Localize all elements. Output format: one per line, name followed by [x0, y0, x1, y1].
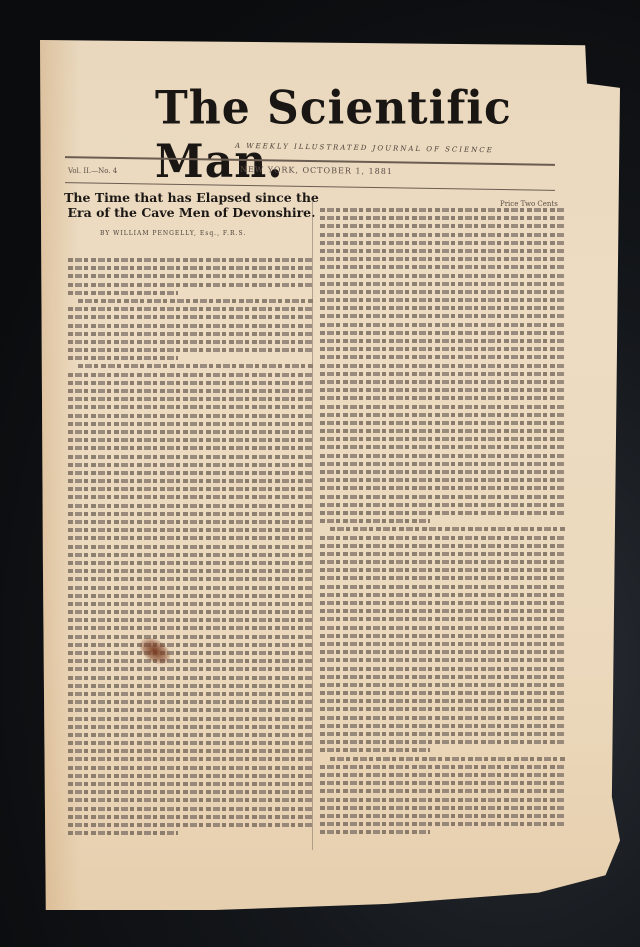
illegible-text-line: [68, 315, 313, 319]
illegible-text-line: [320, 233, 565, 237]
illegible-text-line: [68, 594, 313, 598]
illegible-text-line: [68, 586, 313, 590]
illegible-text-line: [68, 266, 313, 270]
illegible-text-line: [68, 528, 313, 532]
illegible-text-line: [320, 445, 565, 449]
illegible-text-line: [320, 519, 430, 523]
illegible-text-line: [320, 323, 565, 327]
illegible-text-line: [68, 430, 313, 434]
illegible-text-line: [320, 617, 565, 621]
illegible-text-line: [320, 650, 565, 654]
illegible-text-line: [320, 667, 565, 671]
illegible-text-line: [320, 568, 565, 572]
illegible-text-line: [68, 405, 313, 409]
price: Price Two Cents: [500, 200, 558, 208]
illegible-text-line: [68, 749, 313, 753]
illegible-text-line: [320, 241, 565, 245]
illegible-text-line: [68, 831, 178, 835]
illegible-text-line: [320, 732, 565, 736]
illegible-text-line: [320, 642, 565, 646]
illegible-text-line: [320, 707, 565, 711]
illegible-text-line: [68, 283, 313, 287]
illegible-text-line: [68, 659, 313, 663]
illegible-text-line: [68, 684, 313, 688]
volume-number: Vol. II.—No. 4: [68, 167, 117, 175]
illegible-text-line: [320, 806, 565, 810]
illegible-text-line: [320, 388, 565, 392]
article-byline: BY WILLIAM PENGELLY, Esq., F.R.S.: [100, 230, 246, 237]
illegible-text-line: [68, 438, 313, 442]
illegible-text-line: [320, 355, 565, 359]
illegible-text-line: [68, 504, 313, 508]
illegible-text-line: [68, 643, 313, 647]
illegible-text-line: [68, 618, 313, 622]
illegible-text-line: [68, 471, 313, 475]
illegible-text-line: [320, 429, 565, 433]
illegible-text-line: [320, 216, 565, 220]
illegible-text-line: [330, 757, 565, 761]
illegible-text-line: [68, 635, 313, 639]
illegible-text-line: [320, 339, 565, 343]
illegible-text-line: [68, 332, 313, 336]
illegible-text-line: [68, 782, 313, 786]
illegible-text-line: [320, 298, 565, 302]
illegible-text-line: [320, 609, 565, 613]
illegible-text-line: [68, 381, 313, 385]
illegible-text-line: [320, 691, 565, 695]
illegible-text-line: [320, 544, 565, 548]
illegible-text-line: [320, 789, 565, 793]
illegible-text-line: [320, 830, 430, 834]
illegible-text-line: [320, 478, 565, 482]
illegible-text-line: [68, 520, 313, 524]
illegible-text-line: [68, 389, 313, 393]
illegible-text-line: [320, 462, 565, 466]
illegible-text-line: [68, 463, 313, 467]
illegible-text-line: [68, 258, 313, 262]
illegible-text-line: [320, 773, 565, 777]
illegible-text-line: [320, 290, 565, 294]
illegible-text-line: [320, 601, 565, 605]
illegible-text-line: [320, 560, 565, 564]
illegible-text-line: [320, 470, 565, 474]
illegible-text-line: [320, 331, 565, 335]
illegible-text-line: [68, 561, 313, 565]
illegible-text-line: [320, 495, 565, 499]
illegible-text-line: [68, 757, 313, 761]
illegible-text-line: [78, 299, 313, 303]
illegible-text-line: [68, 717, 313, 721]
illegible-text-line: [68, 823, 313, 827]
illegible-text-line: [68, 291, 178, 295]
illegible-text-line: [78, 364, 313, 368]
illegible-text-line: [320, 486, 565, 490]
illegible-text-line: [68, 422, 313, 426]
illegible-text-line: [320, 364, 565, 368]
illegible-text-line: [320, 208, 565, 212]
illegible-text-line: [68, 577, 313, 581]
illegible-text-line: [68, 676, 313, 680]
illegible-text-line: [320, 798, 565, 802]
illegible-text-line: [68, 274, 313, 278]
illegible-text-line: [68, 495, 313, 499]
illegible-text-line: [68, 790, 313, 794]
illegible-text-line: [320, 274, 565, 278]
illegible-text-line: [68, 725, 313, 729]
illegible-text-line: [68, 487, 313, 491]
illegible-text-line: [320, 396, 565, 400]
newspaper-page: The Scientific Man. A WEEKLY ILLUSTRATED…: [40, 40, 620, 910]
illegible-text-line: [320, 740, 565, 744]
illegible-text-line: [320, 372, 565, 376]
illegible-text-line: [68, 340, 313, 344]
illegible-text-line: [68, 414, 313, 418]
illegible-text-line: [68, 651, 313, 655]
illegible-text-line: [68, 545, 313, 549]
illegible-text-line: [68, 324, 313, 328]
illegible-text-line: [320, 306, 565, 310]
illegible-text-line: [68, 569, 313, 573]
illegible-text-line: [68, 626, 313, 630]
illegible-text-line: [68, 553, 313, 557]
column-divider: [312, 200, 313, 850]
illegible-text-line: [320, 405, 565, 409]
illegible-text-line: [68, 708, 313, 712]
illegible-text-line: [320, 249, 565, 253]
illegible-text-line: [320, 511, 565, 515]
illegible-text-line: [320, 314, 565, 318]
illegible-text-line: [320, 536, 565, 540]
illegible-text-line: [68, 815, 313, 819]
illegible-text-line: [68, 741, 313, 745]
illegible-text-line: [68, 348, 313, 352]
illegible-text-line: [68, 512, 313, 516]
illegible-text-line: [68, 733, 313, 737]
illegible-text-line: [68, 700, 313, 704]
illegible-text-line: [320, 585, 565, 589]
illegible-text-line: [320, 265, 565, 269]
illegible-text-line: [320, 413, 565, 417]
illegible-text-line: [320, 683, 565, 687]
illegible-text-line: [68, 602, 313, 606]
illegible-text-line: [68, 610, 313, 614]
illegible-text-line: [68, 479, 313, 483]
illegible-text-line: [320, 675, 565, 679]
illegible-text-line: [320, 748, 430, 752]
illegible-text-line: [68, 807, 313, 811]
illegible-text-line: [68, 356, 178, 360]
illegible-text-line: [320, 454, 565, 458]
illegible-text-line: [320, 347, 565, 351]
illegible-text-line: [320, 552, 565, 556]
illegible-text-line: [320, 716, 565, 720]
illegible-text-line: [68, 446, 313, 450]
illegible-text-line: [68, 798, 313, 802]
illegible-text-line: [330, 527, 565, 531]
illegible-text-line: [320, 724, 565, 728]
illegible-text-line: [68, 667, 313, 671]
illegible-text-line: [320, 822, 565, 826]
illegible-text-line: [320, 765, 565, 769]
article-headline: The Time that has Elapsed since the Era …: [64, 190, 319, 220]
illegible-text-line: [320, 626, 565, 630]
illegible-text-line: [320, 576, 565, 580]
illegible-text-line: [320, 593, 565, 597]
illegible-text-line: [68, 766, 313, 770]
illegible-text-line: [320, 781, 565, 785]
illegible-text-line: [68, 536, 313, 540]
illegible-text-line: [320, 421, 565, 425]
illegible-text-line: [68, 692, 313, 696]
illegible-text-line: [320, 257, 565, 261]
illegible-text-line: [320, 282, 565, 286]
illegible-text-line: [320, 658, 565, 662]
illegible-text-line: [68, 397, 313, 401]
illegible-text-line: [320, 380, 565, 384]
illegible-text-line: [68, 455, 313, 459]
illegible-text-line: [320, 634, 565, 638]
illegible-text-line: [68, 307, 313, 311]
illegible-text-line: [320, 437, 565, 441]
illegible-text-line: [320, 503, 565, 507]
illegible-text-line: [320, 699, 565, 703]
illegible-text-line: [68, 373, 313, 377]
article-column-right: [320, 208, 565, 838]
illegible-text-line: [68, 774, 313, 778]
illegible-text-line: [320, 814, 565, 818]
article-column-left: [68, 258, 313, 839]
illegible-text-line: [320, 224, 565, 228]
